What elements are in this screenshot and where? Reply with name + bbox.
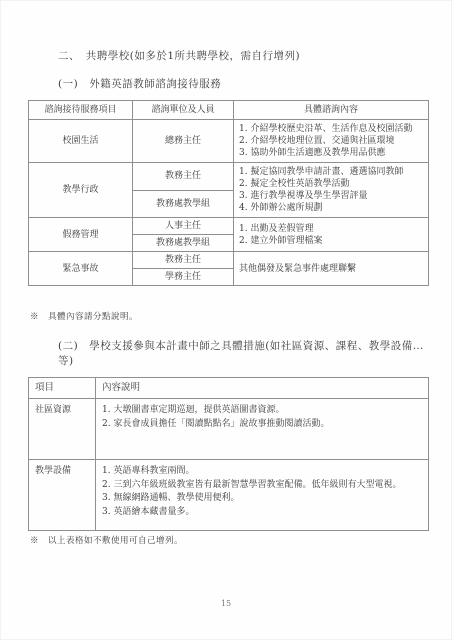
table-row: 緊急事故 教務主任 其他偶發及緊急事件處理聯繫 xyxy=(29,252,429,269)
section-1-title: (一) 外籍英語教師諮詢接待服務 xyxy=(58,76,428,91)
row-unit: 教務處教學組 xyxy=(133,190,234,218)
row-content: 其他偶發及緊急事件處理聯繫 xyxy=(234,252,429,286)
content-line: 3. 英語繪本藏書量多。 xyxy=(102,506,422,520)
content-line: 1. 出勤及差假管理 xyxy=(239,223,423,235)
content-line: 1. 英語專科教室兩間。 xyxy=(102,465,422,479)
row-unit: 總務主任 xyxy=(133,120,234,163)
content-line: 其他偶發及緊急事件處理聯繫 xyxy=(239,263,423,275)
row-unit: 教務處教學組 xyxy=(133,235,234,252)
document-page: 二、 共聘學校(如多於1所共聘學校，需自行增列) (一) 外籍英語教師諮詢接待服… xyxy=(0,0,452,640)
content-line: 2. 介紹學校地理位置、交通與社區環境 xyxy=(239,135,423,147)
table-header-row: 諮詢接待服務項目 諮詢單位及人員 具體諮詢內容 xyxy=(29,101,429,120)
col-header-unit-person: 諮詢單位及人員 xyxy=(133,101,234,120)
col-header-content: 具體諮詢內容 xyxy=(234,101,429,120)
content-line: 4. 外師辦公處所規劃 xyxy=(239,202,423,214)
content-line: 3. 無線網路通暢、教學使用便利。 xyxy=(102,492,422,506)
row-content: 1. 英語專科教室兩間。 2. 三到六年級班級教室皆有最新智慧學習教室配備。低年… xyxy=(96,460,429,531)
document-content: 二、 共聘學校(如多於1所共聘學校，需自行增列) (一) 外籍英語教師諮詢接待服… xyxy=(0,0,452,546)
section-2-note: ※ 以上表格如不敷使用可自己增列。 xyxy=(30,534,428,546)
col-header-item: 項目 xyxy=(29,378,96,399)
table-row: 教學設備 1. 英語專科教室兩間。 2. 三到六年級班級教室皆有最新智慧學習教室… xyxy=(29,460,429,531)
row-item-community-resources: 社區資源 xyxy=(29,399,96,460)
row-item-teaching-admin: 教學行政 xyxy=(29,163,133,218)
content-line: 1. 擬定協同教學申請計畫、遴選協同教師 xyxy=(239,166,423,178)
row-item-emergency: 緊急事故 xyxy=(29,252,133,286)
section-1-note: ※ 具體內容請分點說明。 xyxy=(30,310,428,322)
row-unit: 人事主任 xyxy=(133,218,234,235)
row-content: 1. 出勤及差假管理 2. 建立外師管理檔案 xyxy=(234,218,429,252)
support-measures-table: 項目 內容說明 社區資源 1. 大墩圖書車定期巡迴，提供英語圖書資源。 2. 家… xyxy=(28,377,429,531)
section-2-title: (二) 學校支援參與本計畫中師之具體措施(如社區資源、課程、教學設備…等) xyxy=(58,338,428,368)
row-content: 1. 大墩圖書車定期巡迴，提供英語圖書資源。 2. 家長會成員擔任「閱讀點點名」… xyxy=(96,399,429,460)
content-line: 2. 建立外師管理檔案 xyxy=(239,235,423,247)
main-heading: 二、 共聘學校(如多於1所共聘學校，需自行增列) xyxy=(58,48,428,63)
row-content: 1. 擬定協同教學申請計畫、遴選協同教師 2. 擬定全校性英語教學活動 3. 進… xyxy=(234,163,429,218)
row-unit: 教務主任 xyxy=(133,163,234,191)
col-header-service-item: 諮詢接待服務項目 xyxy=(29,101,133,120)
row-content: 1. 介紹學校歷史沿革、生活作息及校園活動 2. 介紹學校地理位置、交通與社區環… xyxy=(234,120,429,163)
table-row: 假務管理 人事主任 1. 出勤及差假管理 2. 建立外師管理檔案 xyxy=(29,218,429,235)
content-line: 1. 介紹學校歷史沿革、生活作息及校園活動 xyxy=(239,123,423,135)
row-item-campus-life: 校園生活 xyxy=(29,120,133,163)
table-row: 校園生活 總務主任 1. 介紹學校歷史沿革、生活作息及校園活動 2. 介紹學校地… xyxy=(29,120,429,163)
table-row: 社區資源 1. 大墩圖書車定期巡迴，提供英語圖書資源。 2. 家長會成員擔任「閱… xyxy=(29,399,429,460)
content-line: 3. 進行教學視導及學生學習評量 xyxy=(239,190,423,202)
content-line: 3. 協助外師生活適應及教學用品供應 xyxy=(239,147,423,159)
content-line: 2. 擬定全校性英語教學活動 xyxy=(239,178,423,190)
row-item-leave-mgmt: 假務管理 xyxy=(29,218,133,252)
row-item-teaching-equipment: 教學設備 xyxy=(29,460,96,531)
content-line: 2. 家長會成員擔任「閱讀點點名」說故事推動閱讀活動。 xyxy=(102,418,422,432)
col-header-description: 內容說明 xyxy=(96,378,429,399)
row-unit: 教務主任 xyxy=(133,252,234,269)
table-row: 教學行政 教務主任 1. 擬定協同教學申請計畫、遴選協同教師 2. 擬定全校性英… xyxy=(29,163,429,191)
content-line: 2. 三到六年級班級教室皆有最新智慧學習教室配備。低年級則有大型電視。 xyxy=(102,479,422,493)
page-number: 15 xyxy=(0,599,452,608)
row-unit: 學務主任 xyxy=(133,269,234,286)
consultation-service-table: 諮詢接待服務項目 諮詢單位及人員 具體諮詢內容 校園生活 總務主任 1. 介紹學… xyxy=(28,100,429,286)
content-line: 1. 大墩圖書車定期巡迴，提供英語圖書資源。 xyxy=(102,404,422,418)
table-header-row: 項目 內容說明 xyxy=(29,378,429,399)
